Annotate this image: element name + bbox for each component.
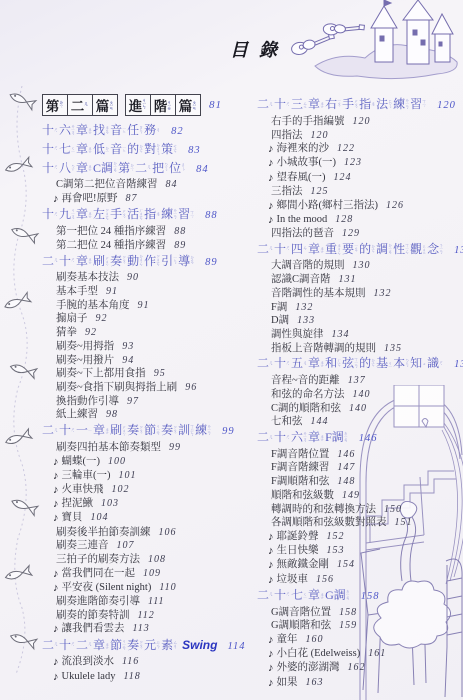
annotated-character: 奏ㄗㄡˋ bbox=[110, 253, 127, 270]
toc-item-row: 換指動作引導97 bbox=[42, 395, 258, 409]
toc-song-row: ♪當我們同在一起109 bbox=[42, 567, 258, 581]
page-number: 116 bbox=[122, 655, 139, 669]
toc-item-row: 大調音階的規則130 bbox=[257, 259, 463, 273]
zhuyin-annotation: ㄌㄧㄢˋ bbox=[173, 208, 177, 221]
zhuyin-annotation: ㄦˋ bbox=[269, 245, 273, 253]
annotated-character: 章ㄓㄤ bbox=[76, 160, 93, 177]
toc-item-row: F調音階位置146 bbox=[257, 448, 463, 462]
page-number: 91 bbox=[106, 285, 118, 299]
zhuyin-annotation: ㄨˋ bbox=[156, 127, 160, 135]
zhuyin-annotation: ㄗㄨㄛˇ bbox=[105, 208, 109, 221]
annotated-character: 章ㄓㄤ bbox=[308, 587, 325, 604]
character-glyph: 章 bbox=[93, 637, 105, 654]
page-number: 146 bbox=[359, 431, 378, 448]
entry-title: 基本手型 bbox=[56, 285, 98, 299]
entry-title: 刷奏基本技法 bbox=[56, 271, 119, 285]
annotated-character: 十ㄕˊ bbox=[274, 96, 291, 113]
treble-clef-icon: ♪ bbox=[268, 635, 274, 646]
entry-title: 刷奏三連音 bbox=[56, 539, 109, 553]
annotated-character: 低ㄉㄧ bbox=[93, 141, 110, 158]
zhuyin-annotation: ㄉㄧˋ bbox=[59, 100, 63, 110]
zhuyin-annotation: ㄦˋ bbox=[269, 360, 273, 368]
entry-title: 刷奏~用撥片 bbox=[56, 354, 114, 368]
page-number: 151 bbox=[395, 516, 413, 530]
character-glyph: 奏 bbox=[127, 422, 139, 439]
toc-chapter-row: 十ㄕˊ八ㄅㄚ章ㄓㄤC調ㄉㄧㄠˋ第ㄉㄧˋ二ㄦˋ把ㄅㄚˇ位ㄨㄟˋ84 bbox=[42, 160, 258, 179]
character-glyph: 三 bbox=[291, 96, 303, 113]
zhuyin-annotation: ㄕˊ bbox=[71, 257, 75, 265]
character-glyph: 基 bbox=[376, 355, 388, 372]
part-title-box: 第ㄉㄧˋ bbox=[43, 95, 67, 115]
entry-title: 蝴蝶(一) bbox=[62, 455, 101, 469]
entry-title: D調 bbox=[271, 314, 289, 328]
zhuyin-annotation: ㄓ bbox=[422, 362, 426, 366]
annotated-character: 二ㄦˋ bbox=[42, 637, 59, 654]
page-number: 98 bbox=[106, 408, 118, 422]
annotated-character: 二ㄦˋ bbox=[42, 253, 59, 270]
entry-title: 刷奏~下上都用食指 bbox=[56, 367, 146, 381]
zhuyin-annotation: ㄉㄧㄠˋ bbox=[346, 589, 350, 602]
character-glyph: 元 bbox=[144, 637, 156, 654]
annotated-character: 導ㄉㄠˇ bbox=[178, 253, 195, 270]
toc-item-row: 右手的手指編號120 bbox=[257, 115, 463, 129]
toc-item-row: 猜拳92 bbox=[42, 326, 258, 340]
character-glyph: 十 bbox=[274, 429, 286, 446]
annotated-character: 節ㄐㄧㄝˊ bbox=[144, 422, 161, 439]
zhuyin-annotation: ㄓㄤ bbox=[320, 434, 324, 441]
page-number: 109 bbox=[143, 567, 161, 581]
page-number: 126 bbox=[386, 199, 404, 213]
character-glyph: 二 bbox=[257, 587, 269, 604]
zhuyin-annotation: ㄅㄚˇ bbox=[164, 162, 168, 173]
treble-clef-icon: ♪ bbox=[268, 663, 274, 674]
toc-song-row: ♪三輪車(一)101 bbox=[42, 469, 258, 483]
character-glyph: 節 bbox=[144, 422, 156, 439]
toc-chapter-row: 二ㄦˋ十ㄕˊ四ㄙˋ章ㄓㄤ重ㄓㄨㄥˋ要ㄧㄠˋ的ㄉㄜ˙調ㄉㄧㄠˋ性ㄒㄧㄥˋ觀ㄍㄨㄢ念… bbox=[257, 241, 463, 260]
zhuyin-annotation: ㄦˋ bbox=[269, 101, 273, 109]
character-glyph: 調 bbox=[101, 160, 113, 177]
character-glyph: 二 bbox=[42, 253, 54, 270]
toc-item-row: 七和弦144 bbox=[257, 415, 463, 429]
page-number: 87 bbox=[126, 192, 138, 206]
toc-column-right: 二ㄦˋ十ㄕˊ三ㄙㄢ章ㄓㄤ右ㄧㄡˋ手ㄕㄡˇ指ㄓˇ法ㄈㄚˇ練ㄌㄧㄢˋ習ㄒㄧˊ120右… bbox=[257, 96, 463, 690]
zhuyin-annotation: ㄏㄜˊ bbox=[337, 358, 341, 369]
character-glyph: 章 bbox=[76, 141, 88, 158]
page-number: 152 bbox=[327, 530, 345, 544]
character-glyph: 引 bbox=[161, 253, 173, 270]
character-glyph: 章 bbox=[308, 587, 320, 604]
zhuyin-annotation: ㄓㄤ bbox=[88, 127, 92, 134]
entry-title: 大調音階的規則 bbox=[271, 259, 345, 273]
annotated-character: 位ㄨㄟˋ bbox=[169, 160, 186, 177]
treble-clef-icon: ♪ bbox=[53, 624, 59, 635]
zhuyin-annotation: ㄦˋ bbox=[84, 101, 88, 109]
annotated-character: 性ㄒㄧㄥˋ bbox=[393, 241, 410, 258]
character-glyph: 八 bbox=[59, 160, 71, 177]
page-number: 107 bbox=[117, 539, 135, 553]
character-glyph: 奏 bbox=[110, 253, 122, 270]
character-glyph: 練 bbox=[195, 422, 207, 439]
character-glyph: 章 bbox=[308, 355, 320, 372]
annotated-character: 七ㄑㄧ bbox=[291, 587, 308, 604]
character-glyph: 章 bbox=[76, 253, 88, 270]
character-glyph: 習 bbox=[178, 206, 190, 223]
page-number: 99 bbox=[222, 424, 235, 441]
page-number: 83 bbox=[188, 143, 201, 160]
entry-title: 調性與旋律 bbox=[271, 328, 324, 342]
entry-title: 捏泥鰍 bbox=[62, 497, 94, 511]
annotated-character: 十ㄕˊ bbox=[42, 160, 59, 177]
zhuyin-annotation: ㄗㄡˋ bbox=[122, 255, 126, 266]
entry-title: F調音階位置 bbox=[271, 448, 329, 462]
page-number: 111 bbox=[148, 595, 165, 609]
toc-song-row: ♪In the mood128 bbox=[257, 213, 463, 227]
zhuyin-annotation: ㄒㄧˊ bbox=[422, 99, 426, 109]
toc-item-row: 刷奏~用拇指93 bbox=[42, 340, 258, 354]
page-number: 101 bbox=[119, 469, 137, 483]
annotated-character: 的ㄉㄜ˙ bbox=[359, 241, 376, 258]
entry-title: In the mood bbox=[277, 213, 328, 227]
annotated-character: 弦ㄒㄧㄢˊ bbox=[342, 355, 359, 372]
page-number: 153 bbox=[327, 544, 345, 558]
zhuyin-annotation: ㄕˋ bbox=[439, 360, 443, 368]
toc-item-row: F調132 bbox=[257, 301, 463, 315]
treble-clef-icon: ♪ bbox=[268, 546, 274, 557]
annotated-character: 六ㄌㄧㄡˋ bbox=[59, 122, 76, 139]
annotated-character: 識ㄕˋ bbox=[427, 355, 444, 372]
zhuyin-annotation: ㄦˋ bbox=[269, 434, 273, 442]
chapter-title: 十ㄕˊ七ㄑㄧ章ㄓㄤ低ㄉㄧ音ㄧㄣ的ㄉㄜ˙對ㄉㄨㄟˋ策ㄘㄜˋ bbox=[42, 141, 178, 158]
treble-clef-icon: ♪ bbox=[268, 678, 274, 689]
zhuyin-annotation: ㄓㄤ bbox=[320, 101, 324, 108]
zhuyin-annotation: ㄙㄢ bbox=[303, 101, 307, 108]
page-number: 120 bbox=[353, 115, 371, 129]
entry-title: 指板上音階轉調的規則 bbox=[271, 342, 376, 356]
entry-title: 手腕的基本角度 bbox=[56, 299, 130, 313]
entry-title: 音程~音的距離 bbox=[271, 374, 340, 388]
zhuyin-annotation: ㄓㄤ bbox=[320, 592, 324, 599]
character-glyph: 和 bbox=[325, 355, 337, 372]
page-number: 129 bbox=[342, 227, 360, 241]
annotated-character: 四ㄙˋ bbox=[291, 241, 308, 258]
character-glyph: 二 bbox=[257, 355, 269, 372]
page-number: 92 bbox=[85, 326, 97, 340]
annotated-character: 念ㄋㄧㄢˋ bbox=[427, 241, 444, 258]
toc-item-row: F調順階和弦148 bbox=[257, 475, 463, 489]
entry-title: 四指法 bbox=[271, 129, 303, 143]
character-glyph: 奏 bbox=[127, 637, 139, 654]
character-glyph: 導 bbox=[178, 253, 190, 270]
annotated-character: 十ㄕˊ bbox=[59, 637, 76, 654]
annotated-character: 音ㄧㄣ bbox=[110, 141, 127, 158]
annotated-character: 的ㄉㄜ˙ bbox=[127, 141, 144, 158]
page-number: 132 bbox=[374, 287, 392, 301]
chapter-title: 二ㄦˋ十ㄕˊ五ㄨˇ章ㄓㄤ和ㄏㄜˊ弦ㄒㄧㄢˊ的ㄉㄜ˙基ㄐㄧ本ㄅㄣˇ知ㄓ識ㄕˋ bbox=[257, 355, 444, 372]
annotated-character: 作ㄗㄨㄛˋ bbox=[144, 253, 161, 270]
zhuyin-annotation: ㄑㄧ bbox=[71, 146, 75, 152]
zhuyin-annotation: ㄒㄧˊ bbox=[190, 210, 194, 220]
toc-item-row: 四指法的琶音129 bbox=[257, 227, 463, 241]
annotated-character: 練ㄌㄧㄢˋ bbox=[161, 206, 178, 223]
page-number: 89 bbox=[174, 239, 186, 253]
zhuyin-annotation: ㄓㄠˇ bbox=[105, 125, 109, 136]
page-number: 162 bbox=[348, 661, 366, 675]
annotated-character: 二ㄦˋ bbox=[76, 637, 93, 654]
zhuyin-annotation: ㄧㄣ bbox=[122, 146, 126, 152]
chapter-title: 二ㄦˋ十ㄕˊ章ㄓㄤ刷ㄕㄨㄚ奏ㄗㄡˋ動ㄉㄨㄥˋ作ㄗㄨㄛˋ引ㄧㄣˇ導ㄉㄠˇ bbox=[42, 253, 195, 270]
chapter-title: 十ㄕˊ六ㄌㄧㄡˋ章ㄓㄤ找ㄓㄠˇ音ㄧㄣ任ㄖㄣˋ務ㄨˋ bbox=[42, 122, 161, 139]
page-number: 125 bbox=[311, 185, 329, 199]
toc-song-row: ♪讓我們看雲去113 bbox=[42, 622, 258, 636]
toc-song-row: ♪捏泥鰍103 bbox=[42, 497, 258, 511]
character-glyph: 右 bbox=[325, 96, 337, 113]
zhuyin-annotation: ㄧㄠˋ bbox=[354, 244, 358, 254]
toc-column-left: 第ㄉㄧˋ二ㄦˋ篇ㄆㄧㄢ進ㄐㄧㄣˋ階ㄐㄧㄝ篇ㄆㄧㄢ81十ㄕˊ六ㄌㄧㄡˋ章ㄓㄤ找ㄓㄠ… bbox=[42, 93, 258, 684]
entry-title: 垃圾車 bbox=[277, 573, 309, 587]
entry-title: 如果 bbox=[277, 676, 298, 690]
character-glyph: 進 bbox=[129, 95, 143, 115]
zhuyin-annotation: ㄐㄧㄣˋ bbox=[142, 98, 146, 112]
character-glyph: 找 bbox=[93, 122, 105, 139]
treble-clef-icon: ♪ bbox=[268, 201, 274, 212]
treble-clef-icon: ♪ bbox=[53, 457, 59, 468]
page-number: 161 bbox=[368, 647, 386, 661]
chapter-title: 十ㄕˊ八ㄅㄚ章ㄓㄤC調ㄉㄧㄠˋ第ㄉㄧˋ二ㄦˋ把ㄅㄚˇ位ㄨㄟˋ bbox=[42, 160, 186, 177]
annotated-character: 章ㄓㄤ bbox=[308, 355, 325, 372]
entry-title: 三輪車(一) bbox=[62, 469, 111, 483]
toc-item-row: 順階和弦級數149 bbox=[257, 489, 463, 503]
zhuyin-annotation: ㄕˊ bbox=[71, 641, 75, 649]
toc-chapter-row: 二ㄦˋ十ㄕˊ二ㄦˋ章ㄓㄤ節ㄐㄧㄝˊ奏ㄗㄡˋ元ㄩㄢˊ素ㄙㄨˋSwing114 bbox=[42, 637, 258, 656]
treble-clef-icon: ♪ bbox=[268, 173, 274, 184]
page-number: 100 bbox=[108, 455, 126, 469]
page-number: 154 bbox=[337, 558, 355, 572]
page-number: 96 bbox=[185, 381, 197, 395]
entry-title: 當我們同在一起 bbox=[62, 567, 136, 581]
character-glyph: 十 bbox=[42, 122, 54, 139]
toc-chapter-row: 十ㄕˊ七ㄑㄧ章ㄓㄤ低ㄉㄧ音ㄧㄣ的ㄉㄜ˙對ㄉㄨㄟˋ策ㄘㄜˋ83 bbox=[42, 141, 258, 160]
part-title-box: 篇ㄆㄧㄢ bbox=[92, 95, 117, 115]
toc-item-row: 音階調性的基本規則132 bbox=[257, 287, 463, 301]
entry-title: 各調順階和弦級數對照表 bbox=[271, 516, 387, 530]
zhuyin-annotation: ㄐㄧ bbox=[388, 361, 392, 367]
page-number: 89 bbox=[205, 255, 218, 272]
annotated-character: 右ㄧㄡˋ bbox=[325, 96, 342, 113]
page-number: 147 bbox=[337, 461, 355, 475]
annotated-character: G bbox=[325, 587, 334, 604]
character-glyph: 五 bbox=[291, 355, 303, 372]
character-glyph: 第 bbox=[118, 160, 130, 177]
zhuyin-annotation: ㄖㄣˋ bbox=[139, 125, 143, 136]
zhuyin-annotation: ㄕㄡˇ bbox=[354, 99, 358, 110]
zhuyin-annotation: ㄕˊ bbox=[54, 164, 58, 172]
zhuyin-annotation: ㄉㄜ˙ bbox=[139, 144, 143, 155]
toc-song-row: ♪生日快樂153 bbox=[257, 544, 463, 558]
annotated-character: 調ㄉㄧㄠˋ bbox=[332, 429, 349, 446]
page-number: 163 bbox=[306, 676, 324, 690]
toc-item-row: 搧扇子92 bbox=[42, 312, 258, 326]
page-number: 128 bbox=[335, 213, 353, 227]
treble-clef-icon: ♪ bbox=[53, 499, 59, 510]
zhuyin-annotation: ㄧㄣˇ bbox=[173, 256, 177, 266]
toc-item-row: 基本手型91 bbox=[42, 285, 258, 299]
annotated-character: 任ㄖㄣˋ bbox=[127, 122, 144, 139]
toc-item-row: 第一把位 24 種指序練習88 bbox=[42, 225, 258, 239]
zhuyin-annotation: ㄦˋ bbox=[88, 641, 92, 649]
zhuyin-annotation: ㄦˋ bbox=[54, 641, 58, 649]
character-glyph: 九 bbox=[59, 206, 71, 223]
annotated-character: 二ㄦˋ bbox=[42, 422, 59, 439]
page-number: 112 bbox=[138, 609, 155, 623]
annotated-character: 把ㄅㄚˇ bbox=[152, 160, 169, 177]
zhuyin-annotation: ㄕˊ bbox=[54, 127, 58, 135]
annotated-character: 刷ㄕㄨㄚ bbox=[93, 253, 110, 270]
annotated-character: 調ㄉㄧㄠˋ bbox=[334, 587, 351, 604]
annotated-character: 指ㄓˇ bbox=[144, 206, 161, 223]
character-glyph: 十 bbox=[59, 253, 71, 270]
character-glyph: 二 bbox=[76, 637, 88, 654]
entry-title: 外婆的澎湖灣 bbox=[277, 661, 340, 675]
entry-title: F調 bbox=[271, 301, 287, 315]
toc-song-row: ♪再會吧!原野87 bbox=[42, 192, 258, 206]
page-number: 94 bbox=[122, 354, 134, 368]
character-glyph: 十 bbox=[274, 241, 286, 258]
page-number: 158 bbox=[361, 589, 380, 606]
zhuyin-annotation: ㄧㄡˋ bbox=[337, 99, 341, 109]
page-number: 146 bbox=[337, 448, 355, 462]
character-glyph: F bbox=[325, 429, 332, 446]
toc-chapter-row: 二ㄦˋ十ㄕˊ六ㄌㄧㄡˋ章ㄓㄤF調ㄉㄧㄠˋ146 bbox=[257, 429, 463, 448]
annotated-character: 十ㄕˊ bbox=[274, 429, 291, 446]
annotated-character: 訓ㄒㄩㄣˋ bbox=[178, 422, 195, 439]
zhuyin-annotation: ㄍㄨㄢ bbox=[422, 244, 426, 255]
entry-title: 認識C調音階 bbox=[271, 273, 331, 287]
character-glyph: 觀 bbox=[410, 241, 422, 258]
toc-chapter-row: 二ㄦˋ十ㄕˊ七ㄑㄧ章ㄓㄤG調ㄉㄧㄠˋ158 bbox=[257, 587, 463, 606]
entry-title: 刷奏的節奏特訓 bbox=[56, 609, 130, 623]
annotated-character: 十ㄕˊ bbox=[42, 206, 59, 223]
toc-song-row: ♪望春風(一)124 bbox=[257, 171, 463, 185]
annotated-character: 要ㄧㄠˋ bbox=[342, 241, 359, 258]
toc-song-row: ♪流浪到淡水116 bbox=[42, 655, 258, 669]
annotated-character: 和ㄏㄜˊ bbox=[325, 355, 342, 372]
annotated-character: 素ㄙㄨˋ bbox=[161, 637, 178, 654]
entry-title: 三指法 bbox=[271, 185, 303, 199]
character-glyph: 奏 bbox=[161, 422, 173, 439]
toc-item-row: 調性與旋律134 bbox=[257, 328, 463, 342]
page-number: 120 bbox=[311, 129, 329, 143]
annotated-character: 七ㄑㄧ bbox=[59, 141, 76, 158]
annotated-character: 音ㄧㄣ bbox=[110, 122, 127, 139]
zhuyin-annotation: ㄐㄧㄝˊ bbox=[156, 424, 160, 437]
zhuyin-annotation: ㄨㄟˋ bbox=[181, 162, 185, 173]
page-number: 123 bbox=[344, 156, 362, 170]
annotated-character: 五ㄨˇ bbox=[291, 355, 308, 372]
toc-item-row: 音程~音的距離137 bbox=[257, 374, 463, 388]
toc-song-row: ♪平安夜 (Silent night)110 bbox=[42, 581, 258, 595]
treble-clef-icon: ♪ bbox=[268, 215, 274, 226]
zhuyin-annotation: ㄕˊ bbox=[286, 591, 290, 599]
zhuyin-annotation: ㄕˊ bbox=[54, 211, 58, 219]
zhuyin-annotation: ㄉㄧㄠˋ bbox=[344, 431, 348, 444]
toc-chapter-row: 二ㄦˋ十ㄕˊ三ㄙㄢ章ㄓㄤ右ㄧㄡˋ手ㄕㄡˇ指ㄓˇ法ㄈㄚˇ練ㄌㄧㄢˋ習ㄒㄧˊ120 bbox=[257, 96, 463, 115]
toc-item-row: 刷奏四拍基本節奏類型99 bbox=[42, 441, 258, 455]
entry-title: 和弦的命名方法 bbox=[271, 388, 345, 402]
toc-item-row: 刷奏後半拍節奏訓練106 bbox=[42, 526, 258, 540]
entry-title: 七和弦 bbox=[271, 415, 303, 429]
page-number: 120 bbox=[437, 98, 456, 115]
entry-title: 轉調時的和弦轉換方法 bbox=[271, 503, 376, 517]
entry-title: 童年 bbox=[277, 633, 298, 647]
zhuyin-annotation: ㄉㄜ˙ bbox=[371, 244, 375, 255]
character-glyph: 左 bbox=[93, 206, 105, 223]
zhuyin-annotation: ㄉㄨㄥˋ bbox=[139, 254, 143, 267]
toc-item-row: 刷奏~食指下刷與拇指上刷96 bbox=[42, 381, 258, 395]
zhuyin-annotation: ㄓㄤ bbox=[88, 211, 92, 218]
zhuyin-annotation: ㄕㄨㄚ bbox=[105, 256, 109, 267]
character-glyph: 務 bbox=[144, 122, 156, 139]
page-number: 84 bbox=[196, 162, 209, 179]
zhuyin-annotation: ㄓㄨㄥˋ bbox=[337, 243, 341, 256]
toc-song-row: ♪如果163 bbox=[257, 676, 463, 690]
character-glyph: 章 bbox=[76, 160, 88, 177]
character-glyph: 動 bbox=[127, 253, 139, 270]
entry-title: 第一把位 24 種指序練習 bbox=[56, 225, 166, 239]
character-glyph: 位 bbox=[169, 160, 181, 177]
part-title-row: 第ㄉㄧˋ二ㄦˋ篇ㄆㄧㄢ進ㄐㄧㄣˋ階ㄐㄧㄝ篇ㄆㄧㄢ81 bbox=[42, 93, 258, 117]
treble-clef-icon: ♪ bbox=[268, 532, 274, 543]
toc-song-row: ♪海裡來的沙122 bbox=[257, 142, 463, 156]
page-number: 108 bbox=[148, 553, 166, 567]
character-glyph: 十 bbox=[59, 637, 71, 654]
annotated-character: 二ㄦˋ bbox=[257, 429, 274, 446]
character-glyph: 二 bbox=[135, 160, 147, 177]
annotated-character: 節ㄐㄧㄝˊ bbox=[110, 637, 127, 654]
zhuyin-annotation: ㄋㄧㄢˋ bbox=[439, 243, 443, 256]
annotated-character: 觀ㄍㄨㄢ bbox=[410, 241, 427, 258]
annotated-character: 奏ㄗㄡˋ bbox=[127, 422, 144, 439]
entry-title: C調的順階和弦 bbox=[271, 402, 341, 416]
annotated-character: 二ㄦˋ bbox=[135, 160, 152, 177]
zhuyin-annotation: ㄉㄧ bbox=[105, 146, 109, 152]
annotated-character: 找ㄓㄠˇ bbox=[93, 122, 110, 139]
annotated-character: 知ㄓ bbox=[410, 355, 427, 372]
chapter-title-suffix: Swing bbox=[182, 637, 217, 654]
toc-item-row: G調順階和弦159 bbox=[257, 619, 463, 633]
character-glyph: 階 bbox=[154, 95, 168, 115]
toc-item-row: 四指法120 bbox=[257, 129, 463, 143]
zhuyin-annotation: ㄧㄣ bbox=[122, 127, 126, 133]
page-number: 122 bbox=[337, 142, 355, 156]
zhuyin-annotation: ㄦˋ bbox=[54, 257, 58, 265]
character-glyph: 對 bbox=[144, 141, 156, 158]
page-number: 131 bbox=[339, 273, 357, 287]
entry-title: 生日快樂 bbox=[277, 544, 319, 558]
zhuyin-annotation: ㄌㄧㄡˋ bbox=[71, 124, 75, 137]
zhuyin-annotation: ㄏㄨㄛˊ bbox=[139, 208, 143, 221]
entry-title: 順階和弦級數 bbox=[271, 489, 334, 503]
zhuyin-annotation: ㄕˊ bbox=[286, 434, 290, 442]
page-number: 134 bbox=[332, 328, 350, 342]
entry-title: F調順階和弦 bbox=[271, 475, 329, 489]
annotated-character: 二ㄦˋ bbox=[257, 355, 274, 372]
page-number: 133 bbox=[297, 314, 315, 328]
page-number: 106 bbox=[159, 526, 177, 540]
entry-title: 三拍子的刷奏方法 bbox=[56, 553, 140, 567]
character-glyph: 素 bbox=[161, 637, 173, 654]
entry-title: 海裡來的沙 bbox=[277, 142, 330, 156]
character-glyph: 練 bbox=[393, 96, 405, 113]
